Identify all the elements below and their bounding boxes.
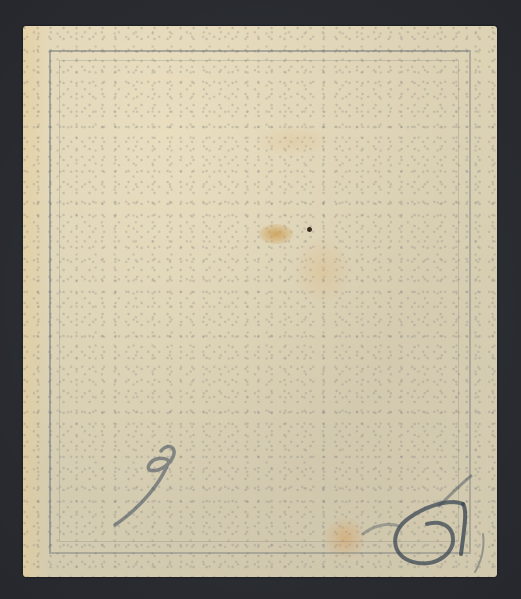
stamp-reverse: 9 A8 (23, 26, 497, 577)
show-through-frame-inner (59, 60, 459, 542)
photo-background: 9 A8 (0, 0, 521, 599)
